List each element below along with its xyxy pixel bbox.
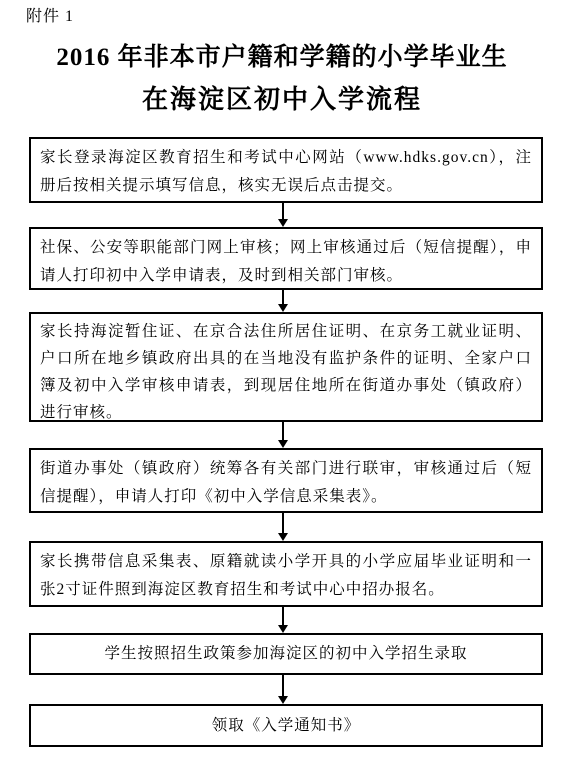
arrow-head — [278, 533, 288, 541]
down-arrow-icon — [278, 513, 288, 541]
flow-step-register-online: 家长登录海淀区教育招生和考试中心网站（www.hdks.gov.cn），注册后按… — [29, 137, 543, 203]
document-title-line-1: 2016 年非本市户籍和学籍的小学毕业生 — [0, 37, 564, 73]
flow-step-registration-at-center: 家长携带信息采集表、原籍就读小学开具的小学应届毕业证明和一张2寸证件照到海淀区教… — [29, 541, 543, 607]
arrow-stem — [282, 675, 284, 696]
arrow-head — [278, 440, 288, 448]
down-arrow-icon — [278, 607, 288, 633]
down-arrow-icon — [278, 422, 288, 448]
arrow-head — [278, 304, 288, 312]
arrow-stem — [282, 290, 284, 304]
flow-step-joint-review: 街道办事处（镇政府）统筹各有关部门进行联审，审核通过后（短信提醒），申请人打印《… — [29, 448, 543, 513]
arrow-head — [278, 219, 288, 227]
down-arrow-icon — [278, 290, 288, 312]
document-page: 附件 1 2016 年非本市户籍和学籍的小学毕业生 在海淀区初中入学流程 家长登… — [0, 0, 564, 768]
arrow-stem — [282, 513, 284, 533]
arrow-head — [278, 696, 288, 704]
arrow-stem — [282, 203, 284, 219]
arrow-head — [278, 625, 288, 633]
down-arrow-icon — [278, 675, 288, 704]
attachment-label: 附件 1 — [26, 3, 74, 26]
flow-step-receive-notice: 领取《入学通知书》 — [29, 704, 543, 747]
flow-step-admission: 学生按照招生政策参加海淀区的初中入学招生录取 — [29, 633, 543, 675]
arrow-stem — [282, 607, 284, 625]
flow-step-submit-documents: 家长持海淀暂住证、在京合法住所居住证明、在京务工就业证明、户口所在地乡镇政府出具… — [29, 312, 543, 422]
document-title-line-2: 在海淀区初中入学流程 — [0, 79, 564, 116]
down-arrow-icon — [278, 203, 288, 227]
flow-step-online-review: 社保、公安等职能部门网上审核；网上审核通过后（短信提醒），申请人打印初中入学申请… — [29, 227, 543, 290]
arrow-stem — [282, 422, 284, 440]
